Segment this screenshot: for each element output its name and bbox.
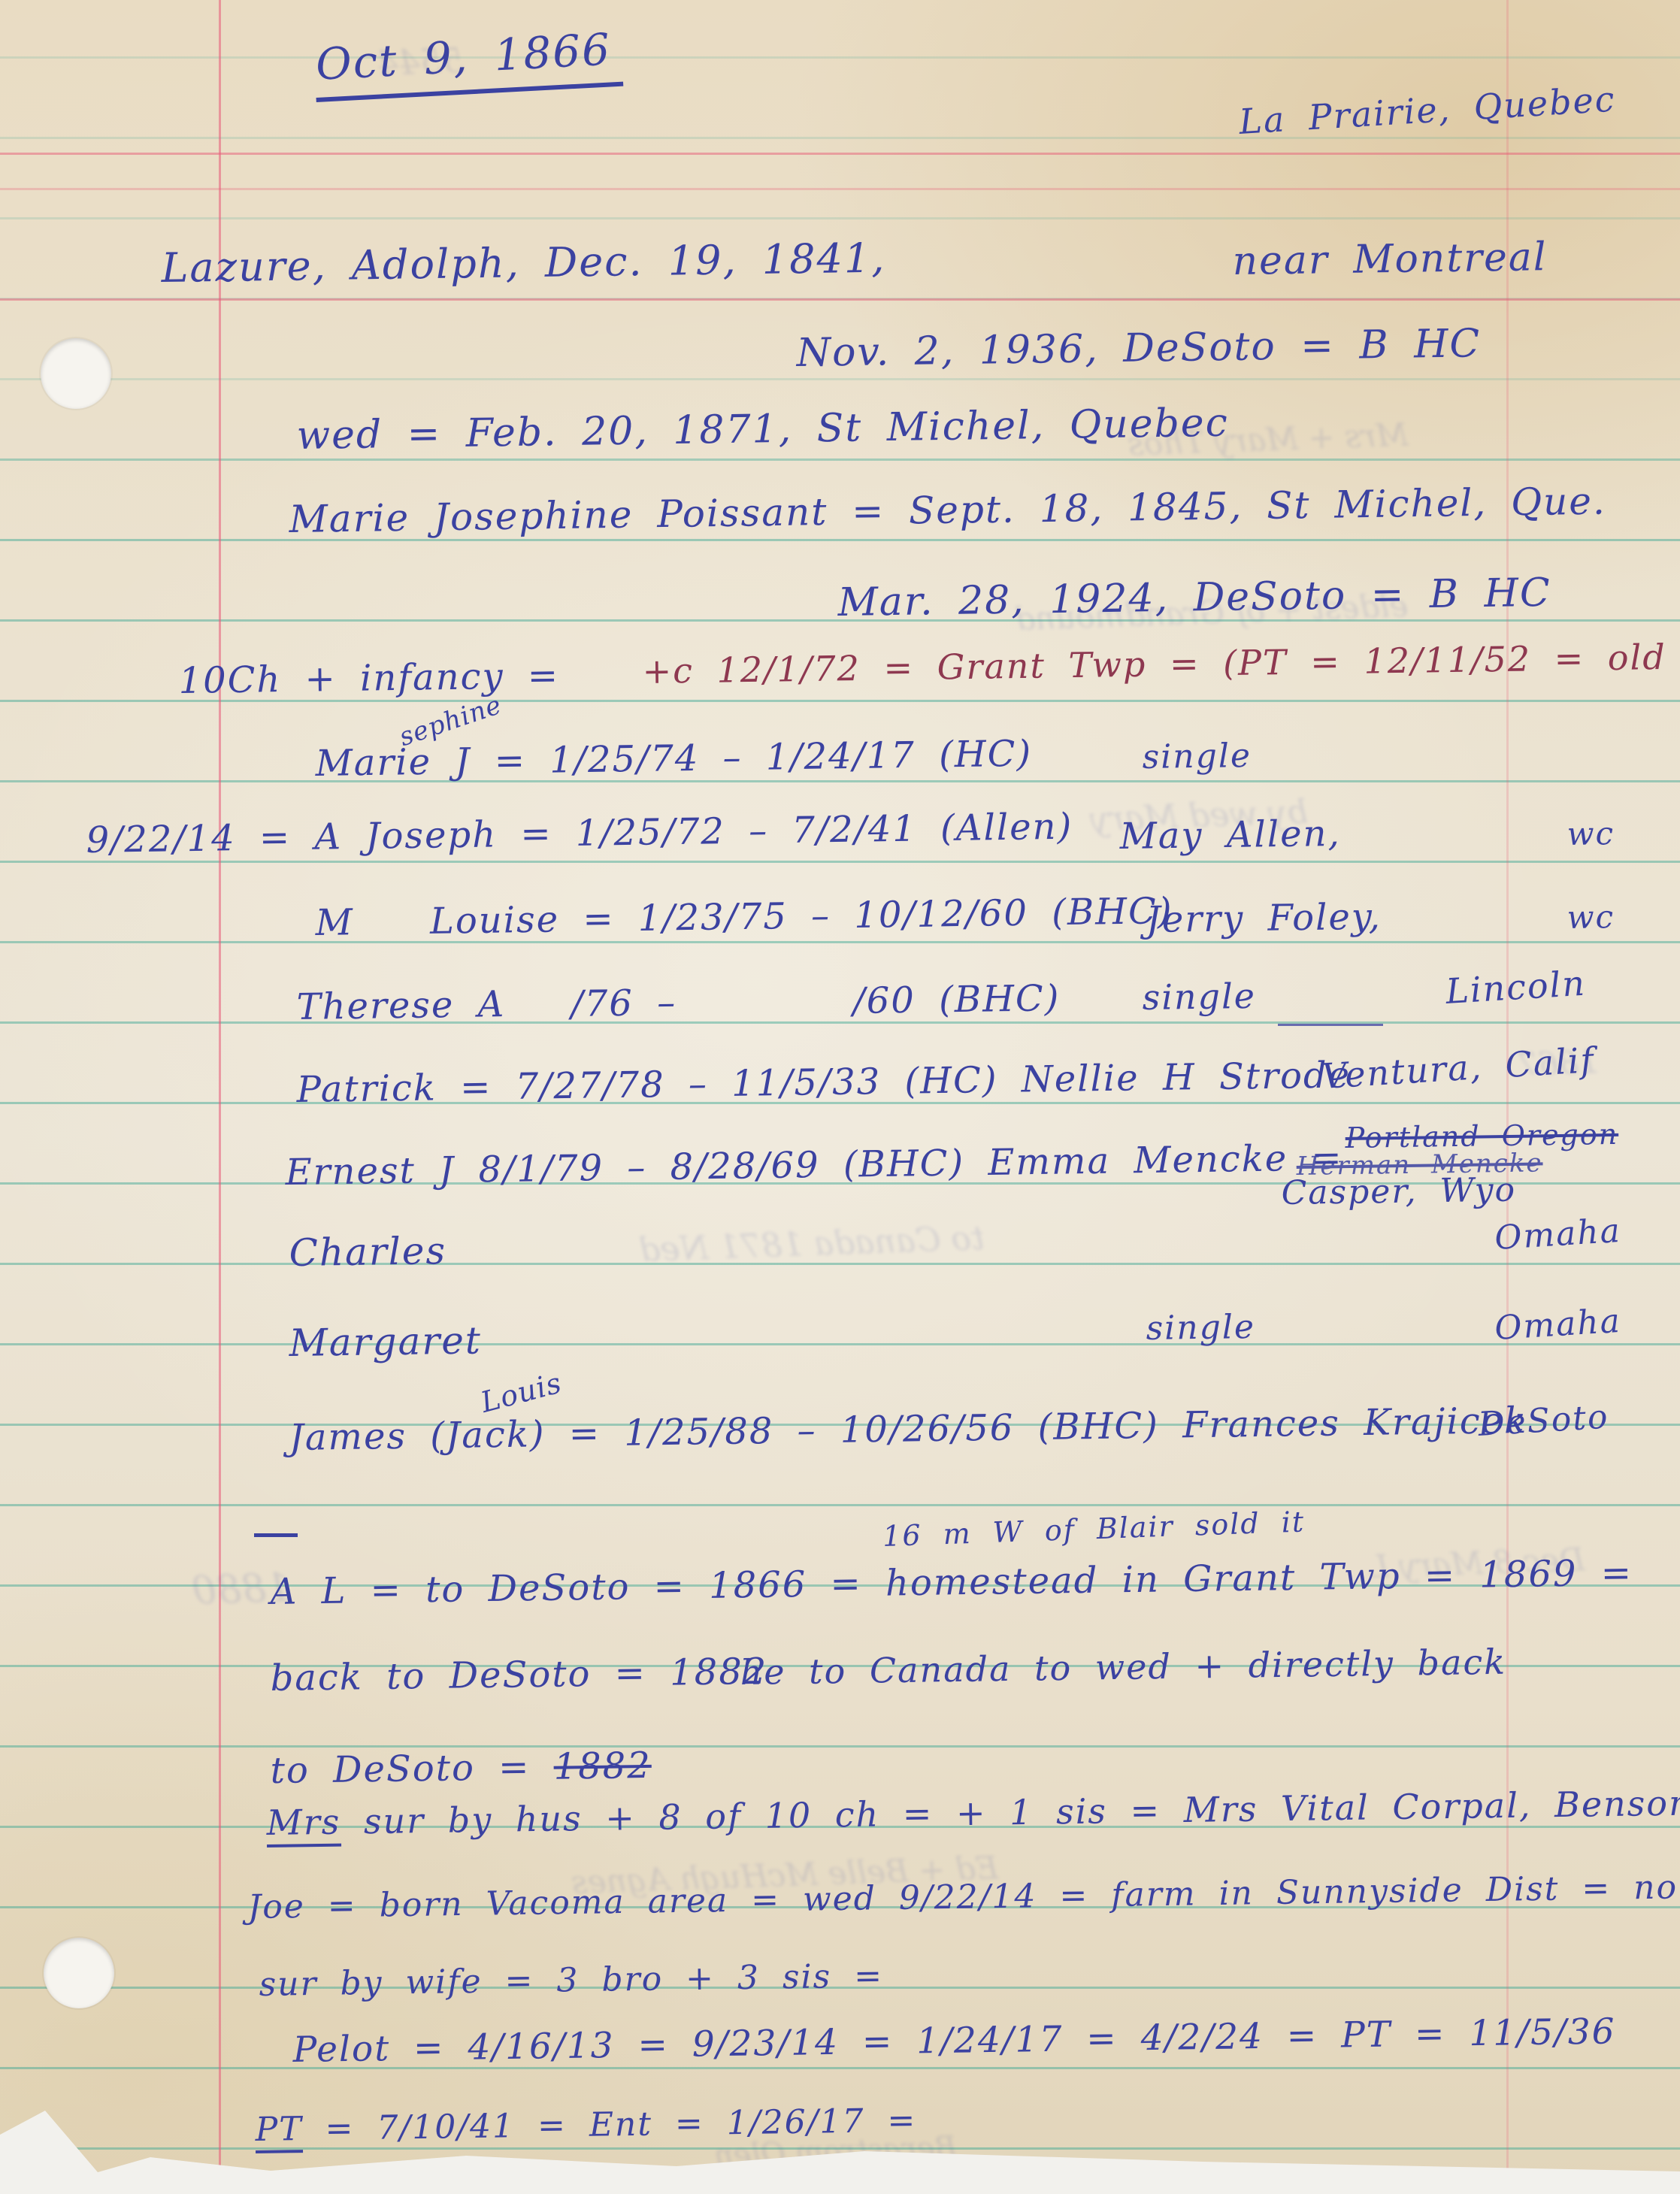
child-row-margaret: Margaret	[289, 1318, 482, 1365]
children-count-note: 10Ch + infancy =	[178, 655, 559, 702]
child-place-therese: Lincoln	[1445, 963, 1588, 1012]
child-name: James	[289, 1415, 407, 1459]
child-status-margaret: single	[1146, 1308, 1255, 1348]
right-margin-line	[1506, 0, 1509, 2183]
child-wedding-date: 9/22/14 =	[86, 816, 291, 861]
child-row-therese: Therese A	[296, 983, 505, 1028]
hole-punch-bottom	[44, 1938, 114, 2008]
child-spouse: Nellie H Strode	[1021, 1054, 1351, 1100]
child-place-margaret: Omaha	[1494, 1302, 1622, 1348]
underlined-word: PT	[255, 2110, 303, 2153]
child-spouse: Frances Krajicek	[1182, 1400, 1528, 1446]
paragraph-dash	[254, 1533, 298, 1537]
struck-date: 1882	[553, 1745, 652, 1788]
left-margin-line	[219, 0, 221, 2183]
note-prefix: to DeSoto =	[270, 1746, 531, 1792]
child-birth-therese: /76 –	[571, 982, 677, 1025]
child-name: Patrick	[296, 1067, 437, 1111]
subject-line: Lazure, Adolph, Dec. 19, 1841,	[161, 235, 886, 292]
child-dates: = 1/23/75 – 10/12/60 (BHC)	[583, 890, 1173, 940]
child-dates: 8/1/79 – 8/28/69 (BHC)	[478, 1142, 964, 1191]
red-rule-top-2	[0, 188, 1680, 190]
child-place-charles: Omaha	[1494, 1212, 1622, 1257]
notebook-page: 5544 Mrs + Mary Thos eldest + of Grandmo…	[0, 0, 1680, 2183]
red-rule-top-1	[0, 153, 1680, 155]
child-note-joseph: wc	[1566, 815, 1615, 852]
child-name: Marie J	[315, 740, 471, 785]
child-note-louise: wc	[1566, 898, 1615, 936]
child-dates: = 1/25/72 – 7/2/41 (Allen)	[520, 806, 1073, 855]
child-death-therese: /60 (BHC)	[852, 977, 1061, 1022]
child-spouse-joseph: May Allen,	[1119, 813, 1341, 858]
child-name: Ernest J	[285, 1149, 455, 1194]
child-name: Louise	[430, 898, 560, 942]
red-rule-mid	[0, 298, 1680, 301]
blank-fill-line	[1278, 1024, 1383, 1026]
child-row-charles: Charles	[289, 1229, 446, 1275]
subject-place: near Montreal	[1232, 235, 1548, 284]
child-initial: M	[315, 901, 354, 944]
hole-punch-top	[41, 338, 111, 409]
note-corrected-date: to DeSoto = 1882	[270, 1745, 652, 1792]
death-line: Nov. 2, 1936, DeSoto = B HC	[796, 321, 1481, 376]
child-status-marie: single	[1142, 737, 1252, 776]
underlined-word: Mrs	[266, 1802, 341, 1847]
note-back-to-desoto: back to DeSoto = 1882	[270, 1651, 767, 1699]
child-dates: = 7/27/78 – 11/5/33 (HC)	[460, 1059, 998, 1109]
child-status-therese: single	[1142, 976, 1256, 1018]
child-spouse-louise: Jerry Foley,	[1146, 896, 1382, 941]
child-place-james: DeSoto	[1477, 1397, 1610, 1444]
child-place-ernest: Casper, Wyo	[1281, 1171, 1516, 1212]
child-dates: = 1/25/74 – 1/24/17 (HC)	[494, 733, 1032, 782]
child-name: A Joseph	[314, 813, 498, 858]
